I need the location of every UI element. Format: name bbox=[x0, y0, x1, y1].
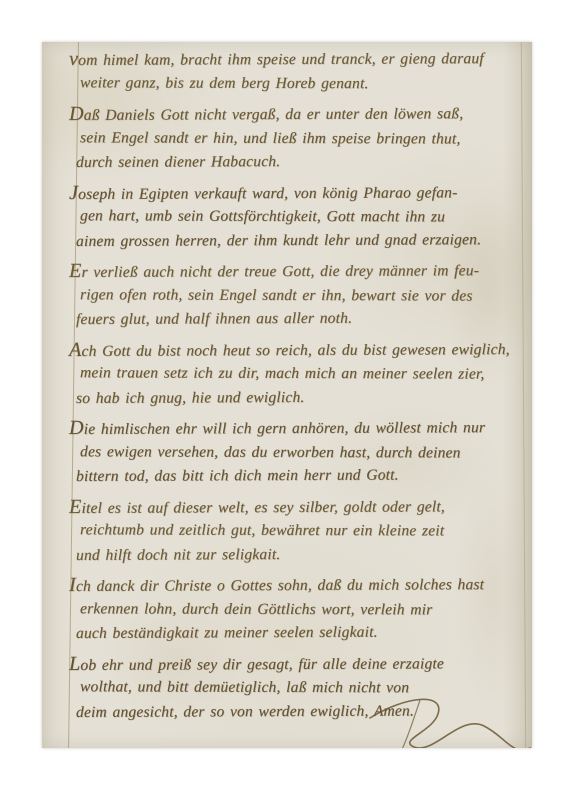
scanned-manuscript-page: vom himel kam, bracht ihm speise und tra… bbox=[0, 0, 583, 796]
manuscript-line: des ewigen versehen, das du erworben has… bbox=[80, 440, 532, 465]
manuscript-paragraph: Er verließ auch nicht der treue Gott, di… bbox=[76, 259, 528, 331]
manuscript-line: reichtumb und zeitlich gut, bewähret nur… bbox=[80, 518, 532, 543]
manuscript-line: so hab ich gnug, hie und ewiglich. bbox=[76, 385, 528, 410]
manuscript-line: feuers glut, und half ihnen aus aller no… bbox=[76, 306, 528, 331]
manuscript-line: erkennen lohn, durch dein Göttlichs wort… bbox=[80, 597, 532, 622]
manuscript-line: rigen ofen roth, sein Engel sandt er ihn… bbox=[80, 283, 532, 308]
manuscript-line: Joseph in Egipten verkauft ward, von kön… bbox=[69, 179, 528, 206]
manuscript-line: durch seinen diener Habacuch. bbox=[76, 149, 528, 174]
manuscript-line: Ich danck dir Christe o Gottes sohn, daß… bbox=[69, 572, 528, 599]
manuscript-line: bittern tod, das bitt ich dich mein herr… bbox=[76, 463, 528, 488]
manuscript-line: Ach Gott du bist noch heut so reich, als… bbox=[69, 336, 528, 363]
pen-flourish bbox=[360, 688, 532, 748]
manuscript-paragraph: vom himel kam, bracht ihm speise und tra… bbox=[76, 47, 528, 95]
manuscript-line: und hilft doch nit zur seligkait. bbox=[76, 542, 528, 567]
manuscript-paragraph: Die himlischen ehr will ich gern anhören… bbox=[76, 416, 528, 488]
manuscript-line: Die himlischen ehr will ich gern anhören… bbox=[69, 415, 528, 442]
manuscript-line: Eitel es ist auf dieser welt, es sey sil… bbox=[69, 493, 528, 520]
manuscript-paragraph: Ich danck dir Christe o Gottes sohn, daß… bbox=[76, 573, 528, 645]
manuscript-paper: vom himel kam, bracht ihm speise und tra… bbox=[42, 42, 532, 748]
manuscript-line: gen hart, umb sein Gottsförchtigkeit, Go… bbox=[80, 204, 532, 229]
manuscript-line: ainem grossen herren, der ihm kundt lehr… bbox=[76, 228, 528, 253]
manuscript-paragraph: Daß Daniels Gott nicht vergaß, da er unt… bbox=[76, 102, 528, 174]
manuscript-line: mein trauen setz ich zu dir, mach mich a… bbox=[80, 361, 532, 386]
manuscript-line: Er verließ auch nicht der treue Gott, di… bbox=[69, 258, 528, 285]
manuscript-paragraph: Eitel es ist auf dieser welt, es sey sil… bbox=[76, 495, 528, 567]
manuscript-line: weiter ganz, bis zu dem berg Horeb genan… bbox=[80, 71, 532, 96]
manuscript-paragraph: Ach Gott du bist noch heut so reich, als… bbox=[76, 338, 528, 410]
manuscript-line: Lob ehr und preiß sey dir gesagt, für al… bbox=[69, 650, 528, 677]
manuscript-text-block: vom himel kam, bracht ihm speise und tra… bbox=[76, 47, 528, 730]
manuscript-line: auch beständigkait zu meiner seelen seli… bbox=[76, 620, 528, 645]
manuscript-paragraph: Joseph in Egipten verkauft ward, von kön… bbox=[76, 181, 528, 253]
manuscript-line: Daß Daniels Gott nicht vergaß, da er unt… bbox=[69, 101, 528, 128]
manuscript-line: sein Engel sandt er hin, und ließ ihm sp… bbox=[80, 126, 532, 151]
manuscript-line: vom himel kam, bracht ihm speise und tra… bbox=[69, 46, 528, 73]
